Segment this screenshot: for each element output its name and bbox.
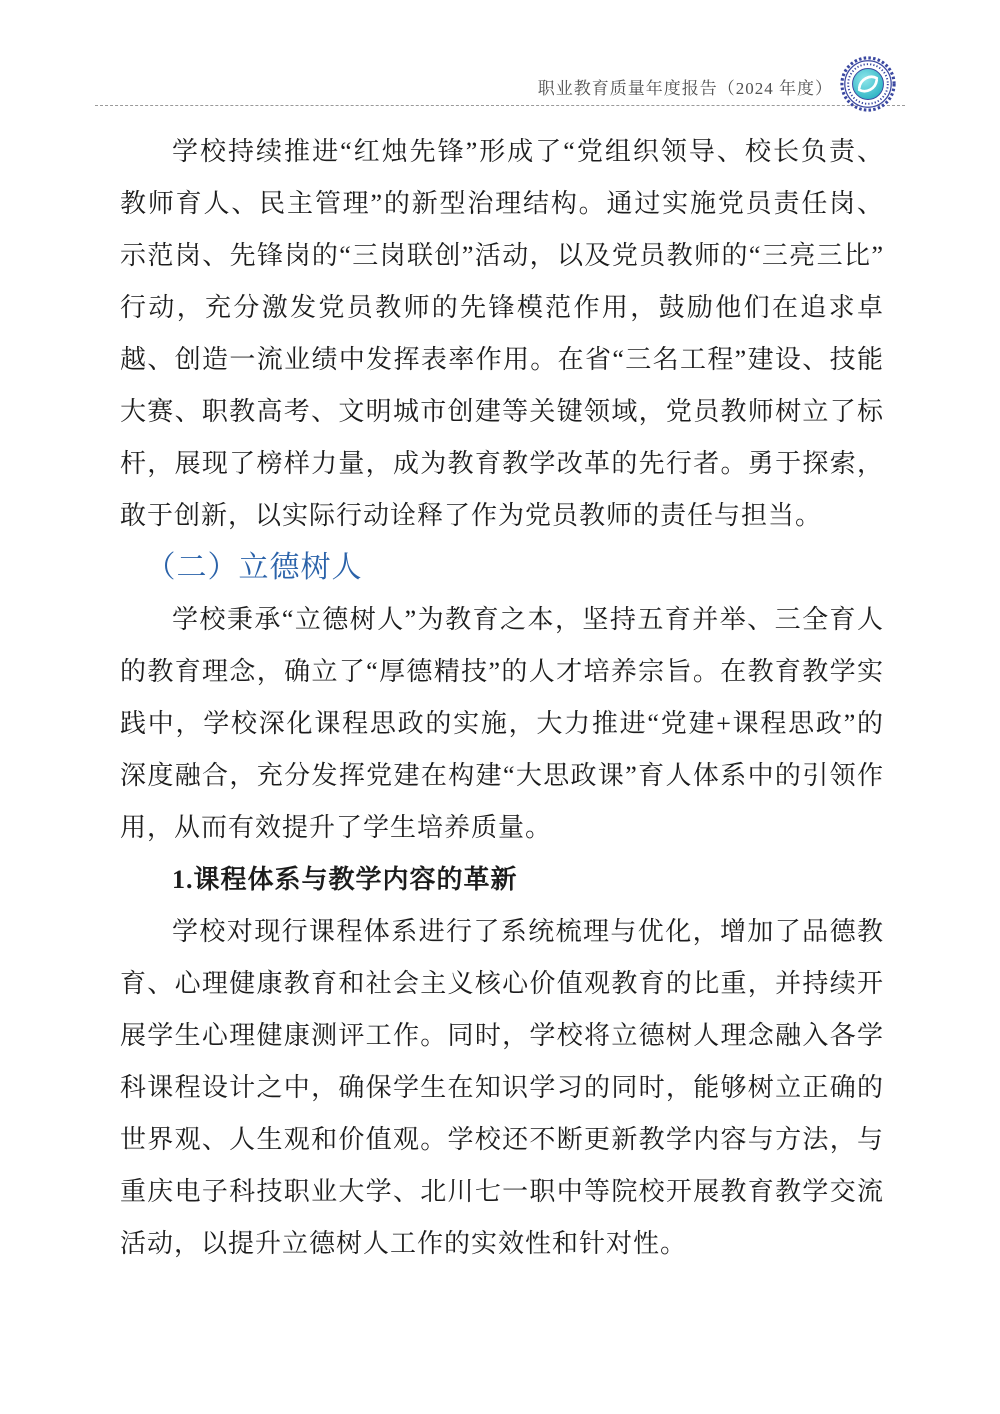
paragraph-moral-education-intro: 学校秉承“立德树人”为教育之本，坚持五育并举、三全育人的教育理念，确立了“厚德精…: [120, 594, 884, 854]
document-body: 学校持续推进“红烛先锋”形成了“党组织领导、校长负责、教师育人、民主管理”的新型…: [0, 106, 1000, 1270]
header-title: 职业教育质量年度报告（2024 年度）: [538, 74, 833, 99]
section-heading-lide-shuren: （二）立德树人: [120, 542, 884, 594]
subsection-heading-curriculum-reform: 1.课程体系与教学内容的革新: [120, 854, 884, 906]
report-page: 职业教育质量年度报告（2024 年度） 学校持续推进“红烛先锋”形成了“党组织领…: [0, 0, 1000, 1414]
page-header: 职业教育质量年度报告（2024 年度）: [95, 0, 905, 106]
paragraph-party-pioneer: 学校持续推进“红烛先锋”形成了“党组织领导、校长负责、教师育人、民主管理”的新型…: [120, 126, 884, 542]
school-seal-icon: [839, 55, 897, 113]
paragraph-curriculum-reform-detail: 学校对现行课程体系进行了系统梳理与优化，增加了品德教育、心理健康教育和社会主义核…: [120, 906, 884, 1270]
